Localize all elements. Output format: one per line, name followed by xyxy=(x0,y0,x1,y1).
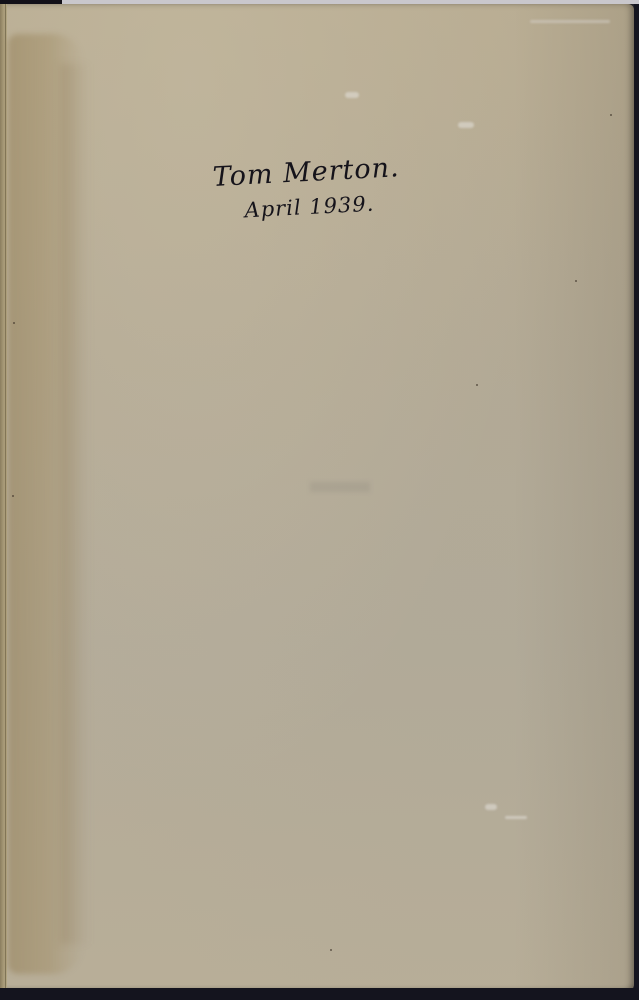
scanned-page-view: Tom Merton. April 1939. xyxy=(0,0,639,1000)
bleed-through-text xyxy=(310,482,370,492)
stain-tide-line xyxy=(60,64,90,944)
scan-bottom-edge xyxy=(0,988,639,1000)
paper-scuff xyxy=(345,92,359,98)
gutter-fold-line xyxy=(5,4,6,992)
fore-edge-toning xyxy=(514,4,634,992)
foxing-spot xyxy=(330,949,332,951)
foxing-spot xyxy=(610,114,612,116)
flyleaf-page: Tom Merton. April 1939. xyxy=(0,4,634,992)
handwritten-inscription: Tom Merton. April 1939. xyxy=(212,150,435,225)
paper-scuff xyxy=(485,804,497,810)
foxing-spot xyxy=(12,495,14,497)
paper-scuff xyxy=(530,20,610,23)
foxing-spot xyxy=(13,322,15,324)
paper-scuff xyxy=(458,122,474,128)
paper-scuff xyxy=(505,816,527,819)
foxing-spot xyxy=(476,384,478,386)
inscription-date: April 1939. xyxy=(244,186,435,224)
foxing-spot xyxy=(575,280,577,282)
